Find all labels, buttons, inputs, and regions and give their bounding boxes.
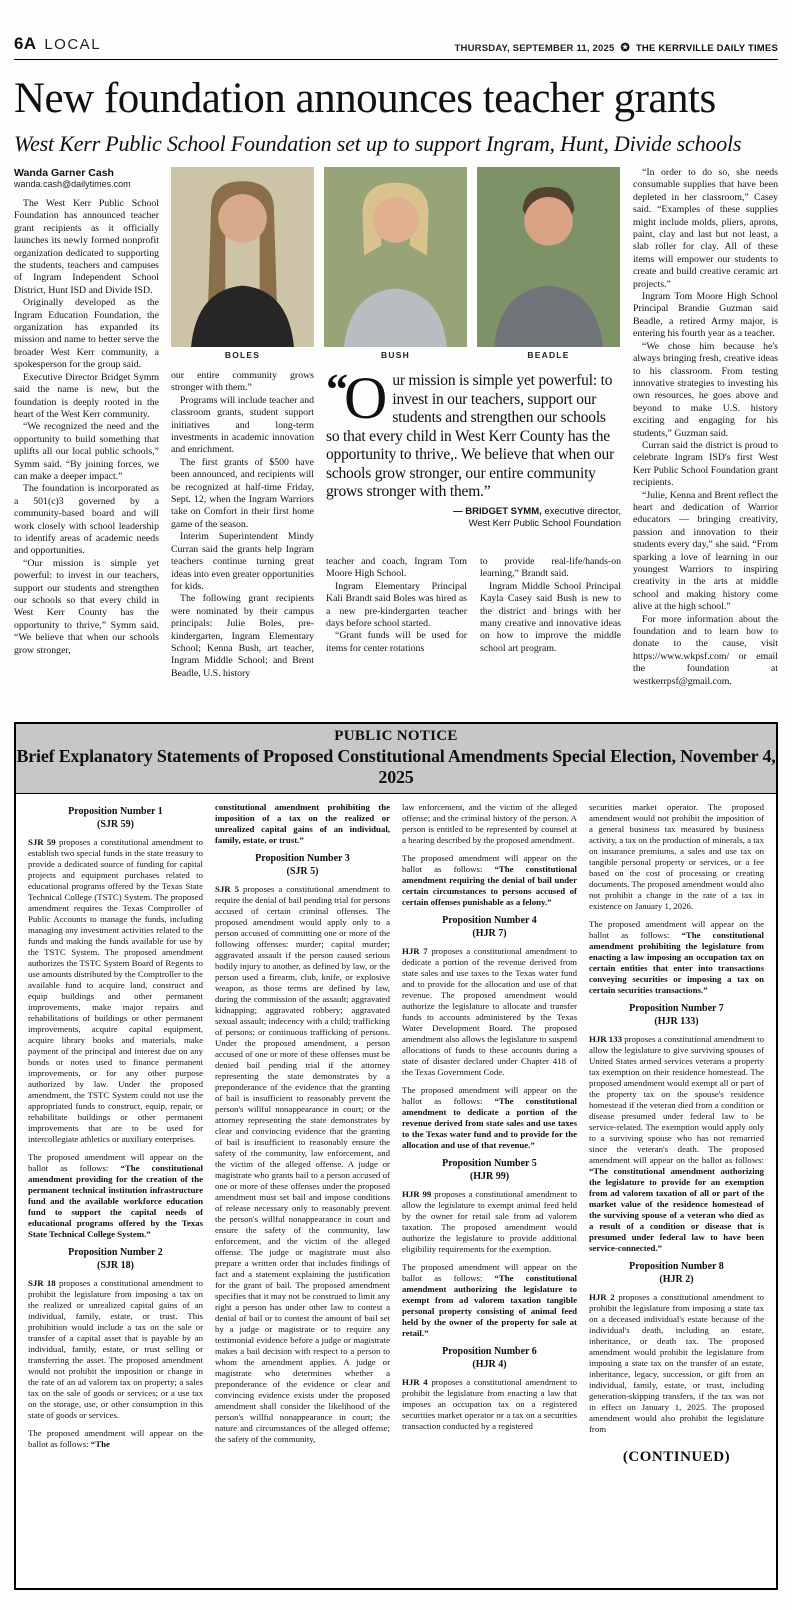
article-paragraph: “Julie, Kenna and Brent reflect the hear… [633,490,778,614]
notice-paragraph: constitutional amendment prohibiting the… [215,802,390,846]
pull-quote: “Our mission is simple yet powerful: to … [326,370,621,548]
article-paragraph: The following grant recipients were nomi… [171,593,314,680]
proposition-heading: Proposition Number 4(HJR 7) [402,915,577,940]
article-paragraph: Curran said the district is proud to cel… [633,440,778,490]
public-notice: PUBLIC NOTICE Brief Explanatory Statemen… [14,722,778,1590]
newspaper-page: 6A LOCAL THURSDAY, SEPTEMBER 11, 2025 ✪ … [0,0,792,1610]
article-paragraph: Interim Superintendent Mindy Curran said… [171,531,314,593]
article-paragraph: teacher and coach, Ingram Tom Moore High… [326,556,467,581]
photo-bush: BUSH [324,167,467,360]
portrait-placeholder-icon [477,167,620,347]
issue-date: THURSDAY, SEPTEMBER 11, 2025 [455,43,615,54]
proposition-heading: Proposition Number 1(SJR 59) [28,806,203,831]
proposition-heading: Proposition Number 5(HJR 99) [402,1158,577,1183]
article-column-2: our entire community grows stronger with… [171,370,314,712]
notice-paragraph: HJR 133 proposes a constitutional amendm… [589,1034,764,1254]
public-notice-title: PUBLIC NOTICE [16,728,776,745]
section-label: LOCAL [44,36,101,53]
proposition-heading: Proposition Number 7(HJR 133) [589,1003,764,1028]
article-paragraph: For more information about the foundatio… [633,614,778,688]
drop-cap: “O [326,372,387,423]
proposition-heading: Proposition Number 6(HJR 4) [402,1346,577,1371]
notice-paragraph: The proposed amendment will appear on th… [28,1428,203,1450]
byline-email: wanda.cash@dailytimes.com [14,179,159,189]
article-paragraph: The first grants of $500 have been annou… [171,457,314,531]
article-paragraph: “We recognized the need and the opportun… [14,421,159,483]
article-paragraph: The foundation is incorporated as a 501(… [14,483,159,557]
photo-beadle: BEADLE [477,167,620,360]
article-paragraph: Ingram Middle School Principal Kayla Cas… [480,581,621,655]
masthead: 6A LOCAL THURSDAY, SEPTEMBER 11, 2025 ✪ … [14,34,778,60]
byline: Wanda Garner Cash wanda.cash@dailytimes.… [14,167,159,189]
photo-boles: BOLES [171,167,314,360]
subheadline: West Kerr Public School Foundation set u… [14,131,778,157]
notice-paragraph: The proposed amendment will appear on th… [589,919,764,996]
notice-column-4: securities market operator. The proposed… [589,802,764,1590]
notice-paragraph: SJR 5 proposes a constitutional amendmen… [215,884,390,1445]
photo-caption: BEADLE [477,350,620,360]
notice-paragraph: The proposed amendment will appear on th… [402,853,577,908]
photo-row: BOLES BUSH [171,167,621,360]
article-paragraph: “Our mission is simple yet powerful: to … [14,558,159,657]
paper-name: THE KERRVILLE DAILY TIMES [636,43,778,54]
notice-paragraph: SJR 18 proposes a constitutional amendme… [28,1278,203,1421]
article-paragraph: Executive Director Bridget Symm said the… [14,372,159,422]
quote-mark-icon: “ [326,370,344,414]
portrait-placeholder-icon [324,167,467,347]
pull-quote-attribution: — BRIDGET SYMM, executive director, West… [326,506,621,530]
article-paragraph: “In order to do so, she needs consumable… [633,167,778,291]
article-paragraph: Programs will include teacher and classr… [171,395,314,457]
proposition-heading: Proposition Number 8(HJR 2) [589,1261,764,1286]
notice-paragraph: The proposed amendment will appear on th… [402,1262,577,1339]
notice-paragraph: HJR 7 proposes a constitutional amendmen… [402,946,577,1078]
notice-paragraph: law enforcement, and the victim of the a… [402,802,577,846]
article-paragraph: “We chose him because he's always bringi… [633,341,778,440]
article-paragraph: our entire community grows stronger with… [171,370,314,395]
article-column-4: to provide real-life/hands-on learning,”… [480,556,621,712]
notice-paragraph: HJR 99 proposes a constitutional amendme… [402,1189,577,1255]
page-number: 6A [14,34,36,54]
notice-column-3: law enforcement, and the victim of the a… [402,802,577,1590]
public-notice-subtitle: Brief Explanatory Statements of Proposed… [16,746,776,788]
public-notice-header: PUBLIC NOTICE Brief Explanatory Statemen… [16,724,776,794]
article-middle: BOLES BUSH [171,167,621,712]
article-body: Wanda Garner Cash wanda.cash@dailytimes.… [14,167,778,712]
proposition-heading: Proposition Number 3(SJR 5) [215,853,390,878]
byline-author: Wanda Garner Cash [14,167,159,179]
notice-column-1: Proposition Number 1(SJR 59)SJR 59 propo… [28,802,203,1590]
portrait-placeholder-icon [171,167,314,347]
continued-label: (CONTINUED) [589,1449,764,1466]
article-paragraph: to provide real-life/hands-on learning,”… [480,556,621,581]
article-paragraph: Ingram Tom Moore High School Principal B… [633,291,778,341]
public-notice-body: Proposition Number 1(SJR 59)SJR 59 propo… [16,794,776,1590]
article-paragraph: Originally developed as the Ingram Educa… [14,297,159,371]
notice-paragraph: HJR 4 proposes a constitutional amendmen… [402,1377,577,1432]
proposition-heading: Proposition Number 2(SJR 18) [28,1247,203,1272]
article-paragraph: The West Kerr Public School Foundation h… [14,198,159,297]
notice-paragraph: HJR 2 proposes a constitutional amendmen… [589,1292,764,1435]
notice-paragraph: SJR 59 proposes a constitutional amendme… [28,837,203,1145]
notice-paragraph: The proposed amendment will appear on th… [28,1152,203,1240]
notice-paragraph: securities market operator. The proposed… [589,802,764,912]
photo-caption: BOLES [171,350,314,360]
photo-caption: BUSH [324,350,467,360]
article-column-1: Wanda Garner Cash wanda.cash@dailytimes.… [14,167,159,712]
article-paragraph: Ingram Elementary Principal Kali Brandt … [326,581,467,631]
article-column-3: teacher and coach, Ingram Tom Moore High… [326,556,467,712]
notice-column-2: constitutional amendment prohibiting the… [215,802,390,1590]
article-column-1-text: The West Kerr Public School Foundation h… [14,198,159,657]
article-column-5: “In order to do so, she needs consumable… [633,167,778,712]
headline: New foundation announces teacher grants [14,74,778,123]
article-paragraph: “Grant funds will be used for items for … [326,630,467,655]
notice-paragraph: The proposed amendment will appear on th… [402,1085,577,1151]
paper-logo-icon: ✪ [621,43,630,54]
